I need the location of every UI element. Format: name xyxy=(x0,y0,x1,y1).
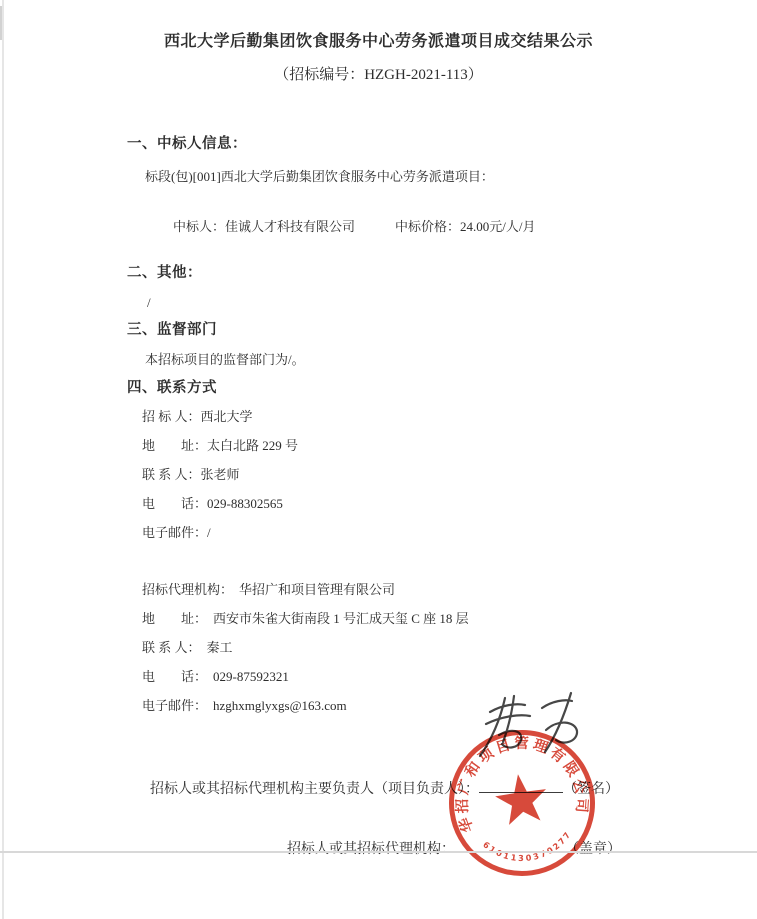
price-value: 24.00元/人/月 xyxy=(460,219,535,234)
other-content: / xyxy=(147,293,757,313)
contact-label: 联 系 人： xyxy=(142,640,201,655)
price-label: 中标价格： xyxy=(395,219,460,234)
scan-artifact-left-edge xyxy=(2,0,4,919)
contact-label: 招标代理机构： xyxy=(142,582,233,597)
contact-value: 秦工 xyxy=(201,640,233,655)
agency-row-email: 电子邮件：hzghxmglyxgs@163.com xyxy=(142,696,757,716)
agency-row-address: 地 址：西安市朱雀大街南段 1 号汇成天玺 C 座 18 层 xyxy=(142,609,757,629)
section-heading-contacts: 四、联系方式 xyxy=(127,378,757,399)
contact-value: 太白北路 229 号 xyxy=(207,438,298,453)
agency-row-name: 招标代理机构：华招广和项目管理有限公司 xyxy=(142,580,757,600)
seal-star-icon xyxy=(493,771,551,827)
contact-label: 地 址： xyxy=(142,438,207,453)
document-title: 西北大学后勤集团饮食服务中心劳务派遣项目成交结果公示 xyxy=(0,31,757,53)
contact-label: 电子邮件： xyxy=(142,698,207,713)
contact-value: / xyxy=(207,525,211,540)
contact-value: 华招广和项目管理有限公司 xyxy=(233,582,395,597)
contact-row-address: 地 址：太白北路 229 号 xyxy=(142,436,757,456)
contact-label: 电 话： xyxy=(142,669,207,684)
contact-label: 电 话： xyxy=(142,496,207,511)
contact-value: 029-87592321 xyxy=(207,669,289,684)
contact-row-tenderer: 招 标 人：西北大学 xyxy=(142,407,757,427)
contact-row-email: 电子邮件：/ xyxy=(142,523,757,543)
agency-row-person: 联 系 人：秦工 xyxy=(142,638,757,658)
lot-line: 标段(包)[001]西北大学后勤集团饮食服务中心劳务派遣项目： xyxy=(145,167,757,187)
contact-label: 招 标 人： xyxy=(142,409,201,424)
tender-number: （招标编号：HZGH-2021-113） xyxy=(0,64,757,86)
scanned-document-page: 西北大学后勤集团饮食服务中心劳务派遣项目成交结果公示 （招标编号：HZGH-20… xyxy=(0,0,757,919)
contact-label: 联 系 人： xyxy=(142,467,201,482)
contact-row-phone: 电 话：029-88302565 xyxy=(142,494,757,514)
winner-line: 中标人：佳诚人才科技有限公司中标价格：24.00元/人/月 xyxy=(160,197,757,257)
contact-row-person: 联 系 人：张老师 xyxy=(142,465,757,485)
winner-label: 中标人： xyxy=(173,219,225,234)
contact-value: 西安市朱雀大街南段 1 号汇成天玺 C 座 18 层 xyxy=(207,611,469,626)
seal-line-prefix: 招标人或其招标代理机构： xyxy=(287,842,455,857)
agency-row-phone: 电 话：029-87592321 xyxy=(142,667,757,687)
contact-value: hzghxmglyxgs@163.com xyxy=(207,698,347,713)
contact-value: 西北大学 xyxy=(201,409,253,424)
company-seal-stamp: 华招广和项目管理有限公司 6101130370277 xyxy=(444,725,600,881)
contact-label: 电子邮件： xyxy=(142,525,207,540)
responsible-line-prefix: 招标人或其招标代理机构主要负责人（项目负责人）： xyxy=(150,782,479,797)
section-heading-other: 二、其他： xyxy=(127,263,757,284)
section-heading-winner: 一、中标人信息： xyxy=(127,134,757,155)
winner-name: 佳诚人才科技有限公司 xyxy=(225,219,355,234)
contact-value: 029-88302565 xyxy=(207,496,283,511)
scan-artifact-bottom-edge xyxy=(0,851,757,853)
contact-value: 张老师 xyxy=(201,467,240,482)
section-heading-supervision: 三、监督部门 xyxy=(127,320,757,341)
supervision-content: 本招标项目的监督部门为/。 xyxy=(145,350,757,370)
contact-label: 地 址： xyxy=(142,611,207,626)
